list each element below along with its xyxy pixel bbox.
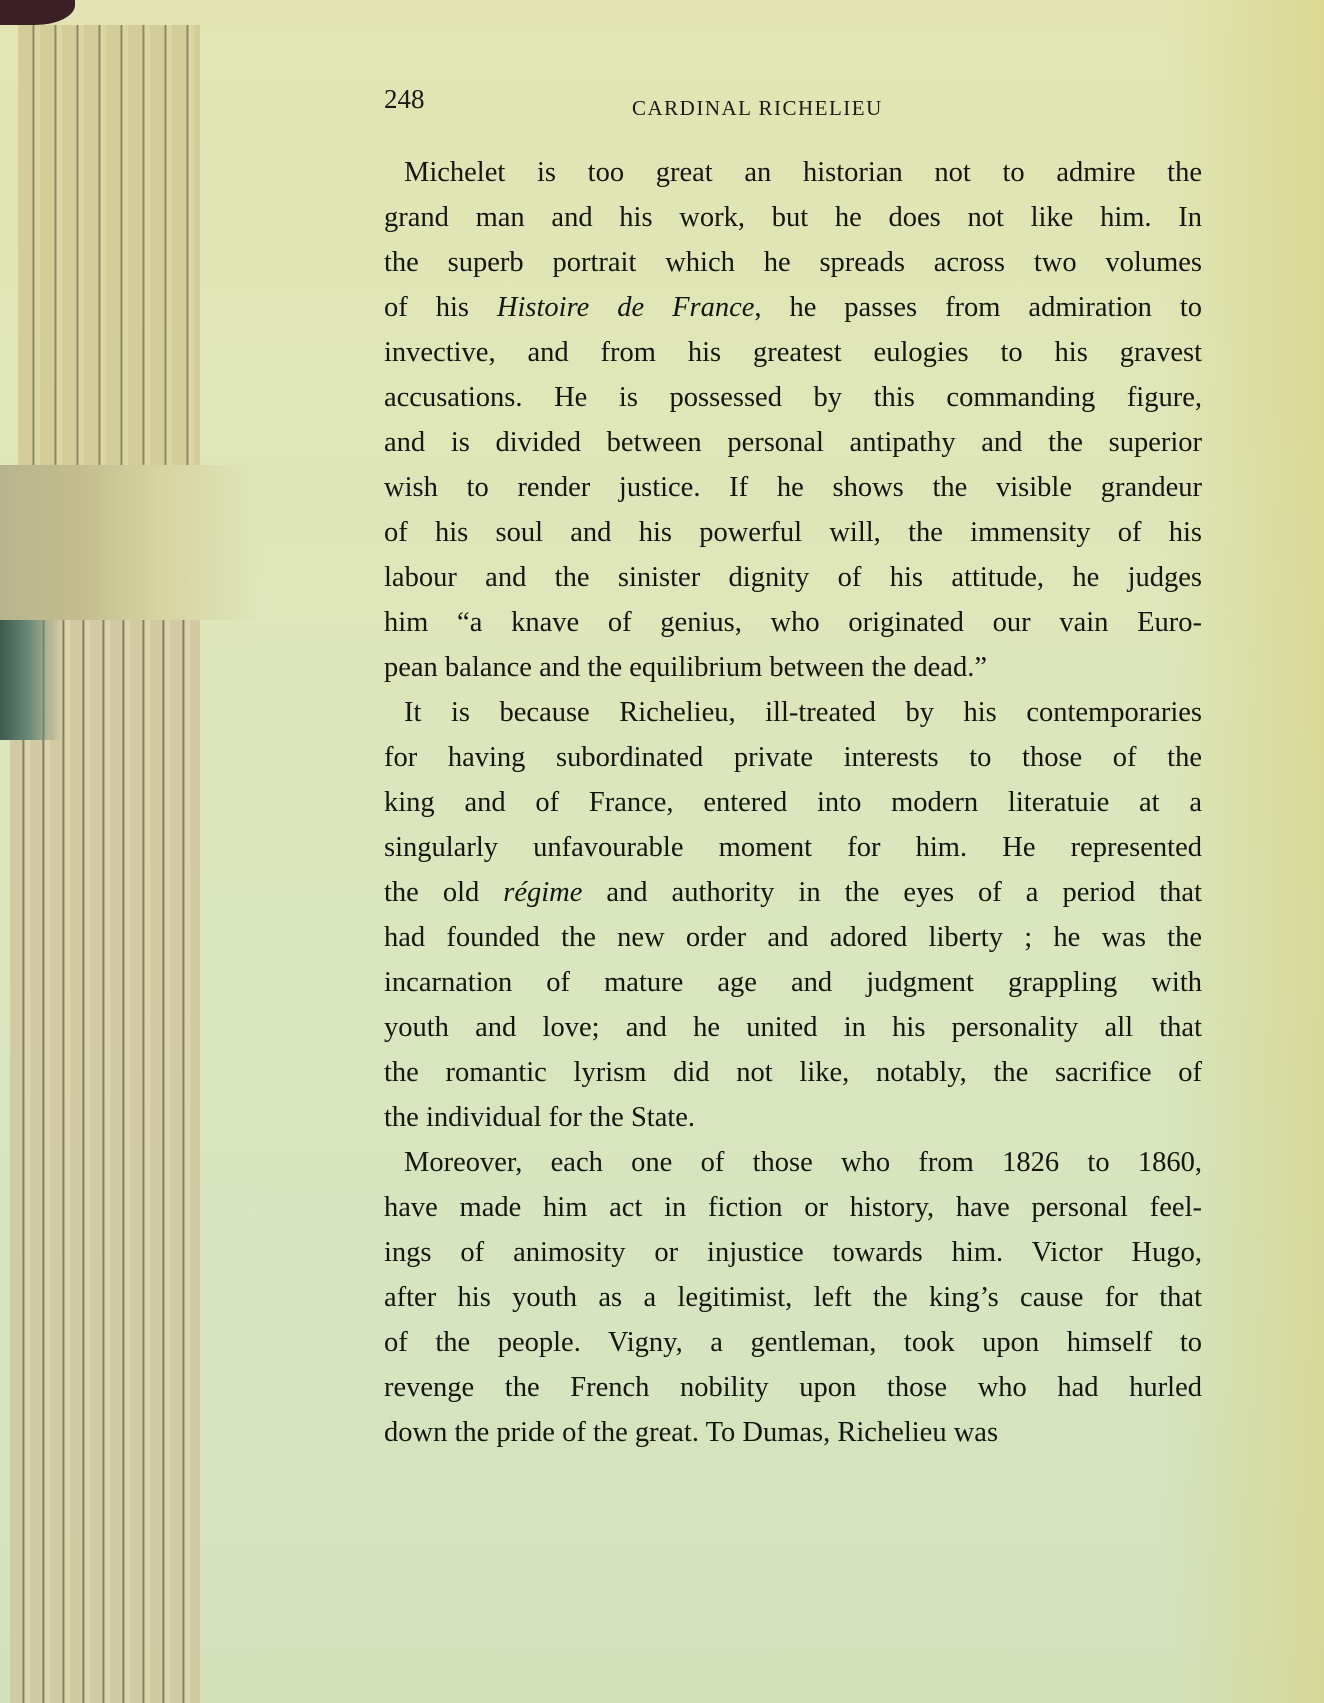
text-line: pean balance and the equilibrium between… — [384, 645, 1202, 690]
text-line: wish to render justice. If he shows the … — [384, 465, 1202, 510]
text-line: labour and the sinister dignity of his a… — [384, 555, 1202, 600]
text-line: accusations. He is possessed by this com… — [384, 375, 1202, 420]
text-line: invective, and from his greatest eulogie… — [384, 330, 1202, 375]
body-text: Michelet is too great an historian not t… — [384, 150, 1202, 1455]
page-edges-shadow — [0, 620, 60, 740]
text-line: king and of France, entered into modern … — [384, 780, 1202, 825]
italic-title: régime — [503, 877, 582, 908]
text-line: ings of animosity or injustice towards h… — [384, 1230, 1202, 1275]
text-line: grand man and his work, but he does not … — [384, 195, 1202, 240]
text-line: revenge the French nobility upon those w… — [384, 1365, 1202, 1410]
text-line: and is divided between personal antipath… — [384, 420, 1202, 465]
running-title: CARDINAL RICHELIEU — [632, 96, 883, 121]
book-cover-corner — [0, 0, 75, 25]
paragraph: Moreover, each one of those who from 182… — [384, 1140, 1202, 1455]
text-line: Moreover, each one of those who from 182… — [384, 1140, 1202, 1185]
text-line: the old régime and authority in the eyes… — [384, 870, 1202, 915]
text-line: have made him act in fiction or history,… — [384, 1185, 1202, 1230]
text-line: for having subordinated private interest… — [384, 735, 1202, 780]
paragraph: It is because Richelieu, ill-treated by … — [384, 690, 1202, 1140]
text-line: youth and love; and he united in his per… — [384, 1005, 1202, 1050]
book-page: 248 CARDINAL RICHELIEU Michelet is too g… — [0, 0, 1324, 1703]
text-line: had founded the new order and adored lib… — [384, 915, 1202, 960]
text-line: It is because Richelieu, ill-treated by … — [384, 690, 1202, 735]
text-line: Michelet is too great an historian not t… — [384, 150, 1202, 195]
text-line: of the people. Vigny, a gentleman, took … — [384, 1320, 1202, 1365]
paragraph: Michelet is too great an historian not t… — [384, 150, 1202, 690]
italic-title: Histoire de France — [497, 292, 754, 323]
text-line: the romantic lyrism did not like, notabl… — [384, 1050, 1202, 1095]
page-number: 248 — [384, 84, 425, 115]
page-edges-upper — [18, 25, 200, 465]
text-line: singularly unfavourable moment for him. … — [384, 825, 1202, 870]
text-line: of his soul and his powerful will, the i… — [384, 510, 1202, 555]
running-head: 248 CARDINAL RICHELIEU — [384, 84, 1204, 124]
text-line: after his youth as a legitimist, left th… — [384, 1275, 1202, 1320]
text-line: the superb portrait which he spreads acr… — [384, 240, 1202, 285]
text-line: of his Histoire de France, he passes fro… — [384, 285, 1202, 330]
book-page-edges — [0, 0, 200, 1703]
text-line: the individual for the State. — [384, 1095, 1202, 1140]
text-line: down the pride of the great. To Dumas, R… — [384, 1410, 1202, 1455]
page-edges-blur — [0, 465, 260, 620]
text-line: incarnation of mature age and judgment g… — [384, 960, 1202, 1005]
page-edges-lower — [10, 620, 200, 1703]
text-line: him “a knave of genius, who originated o… — [384, 600, 1202, 645]
